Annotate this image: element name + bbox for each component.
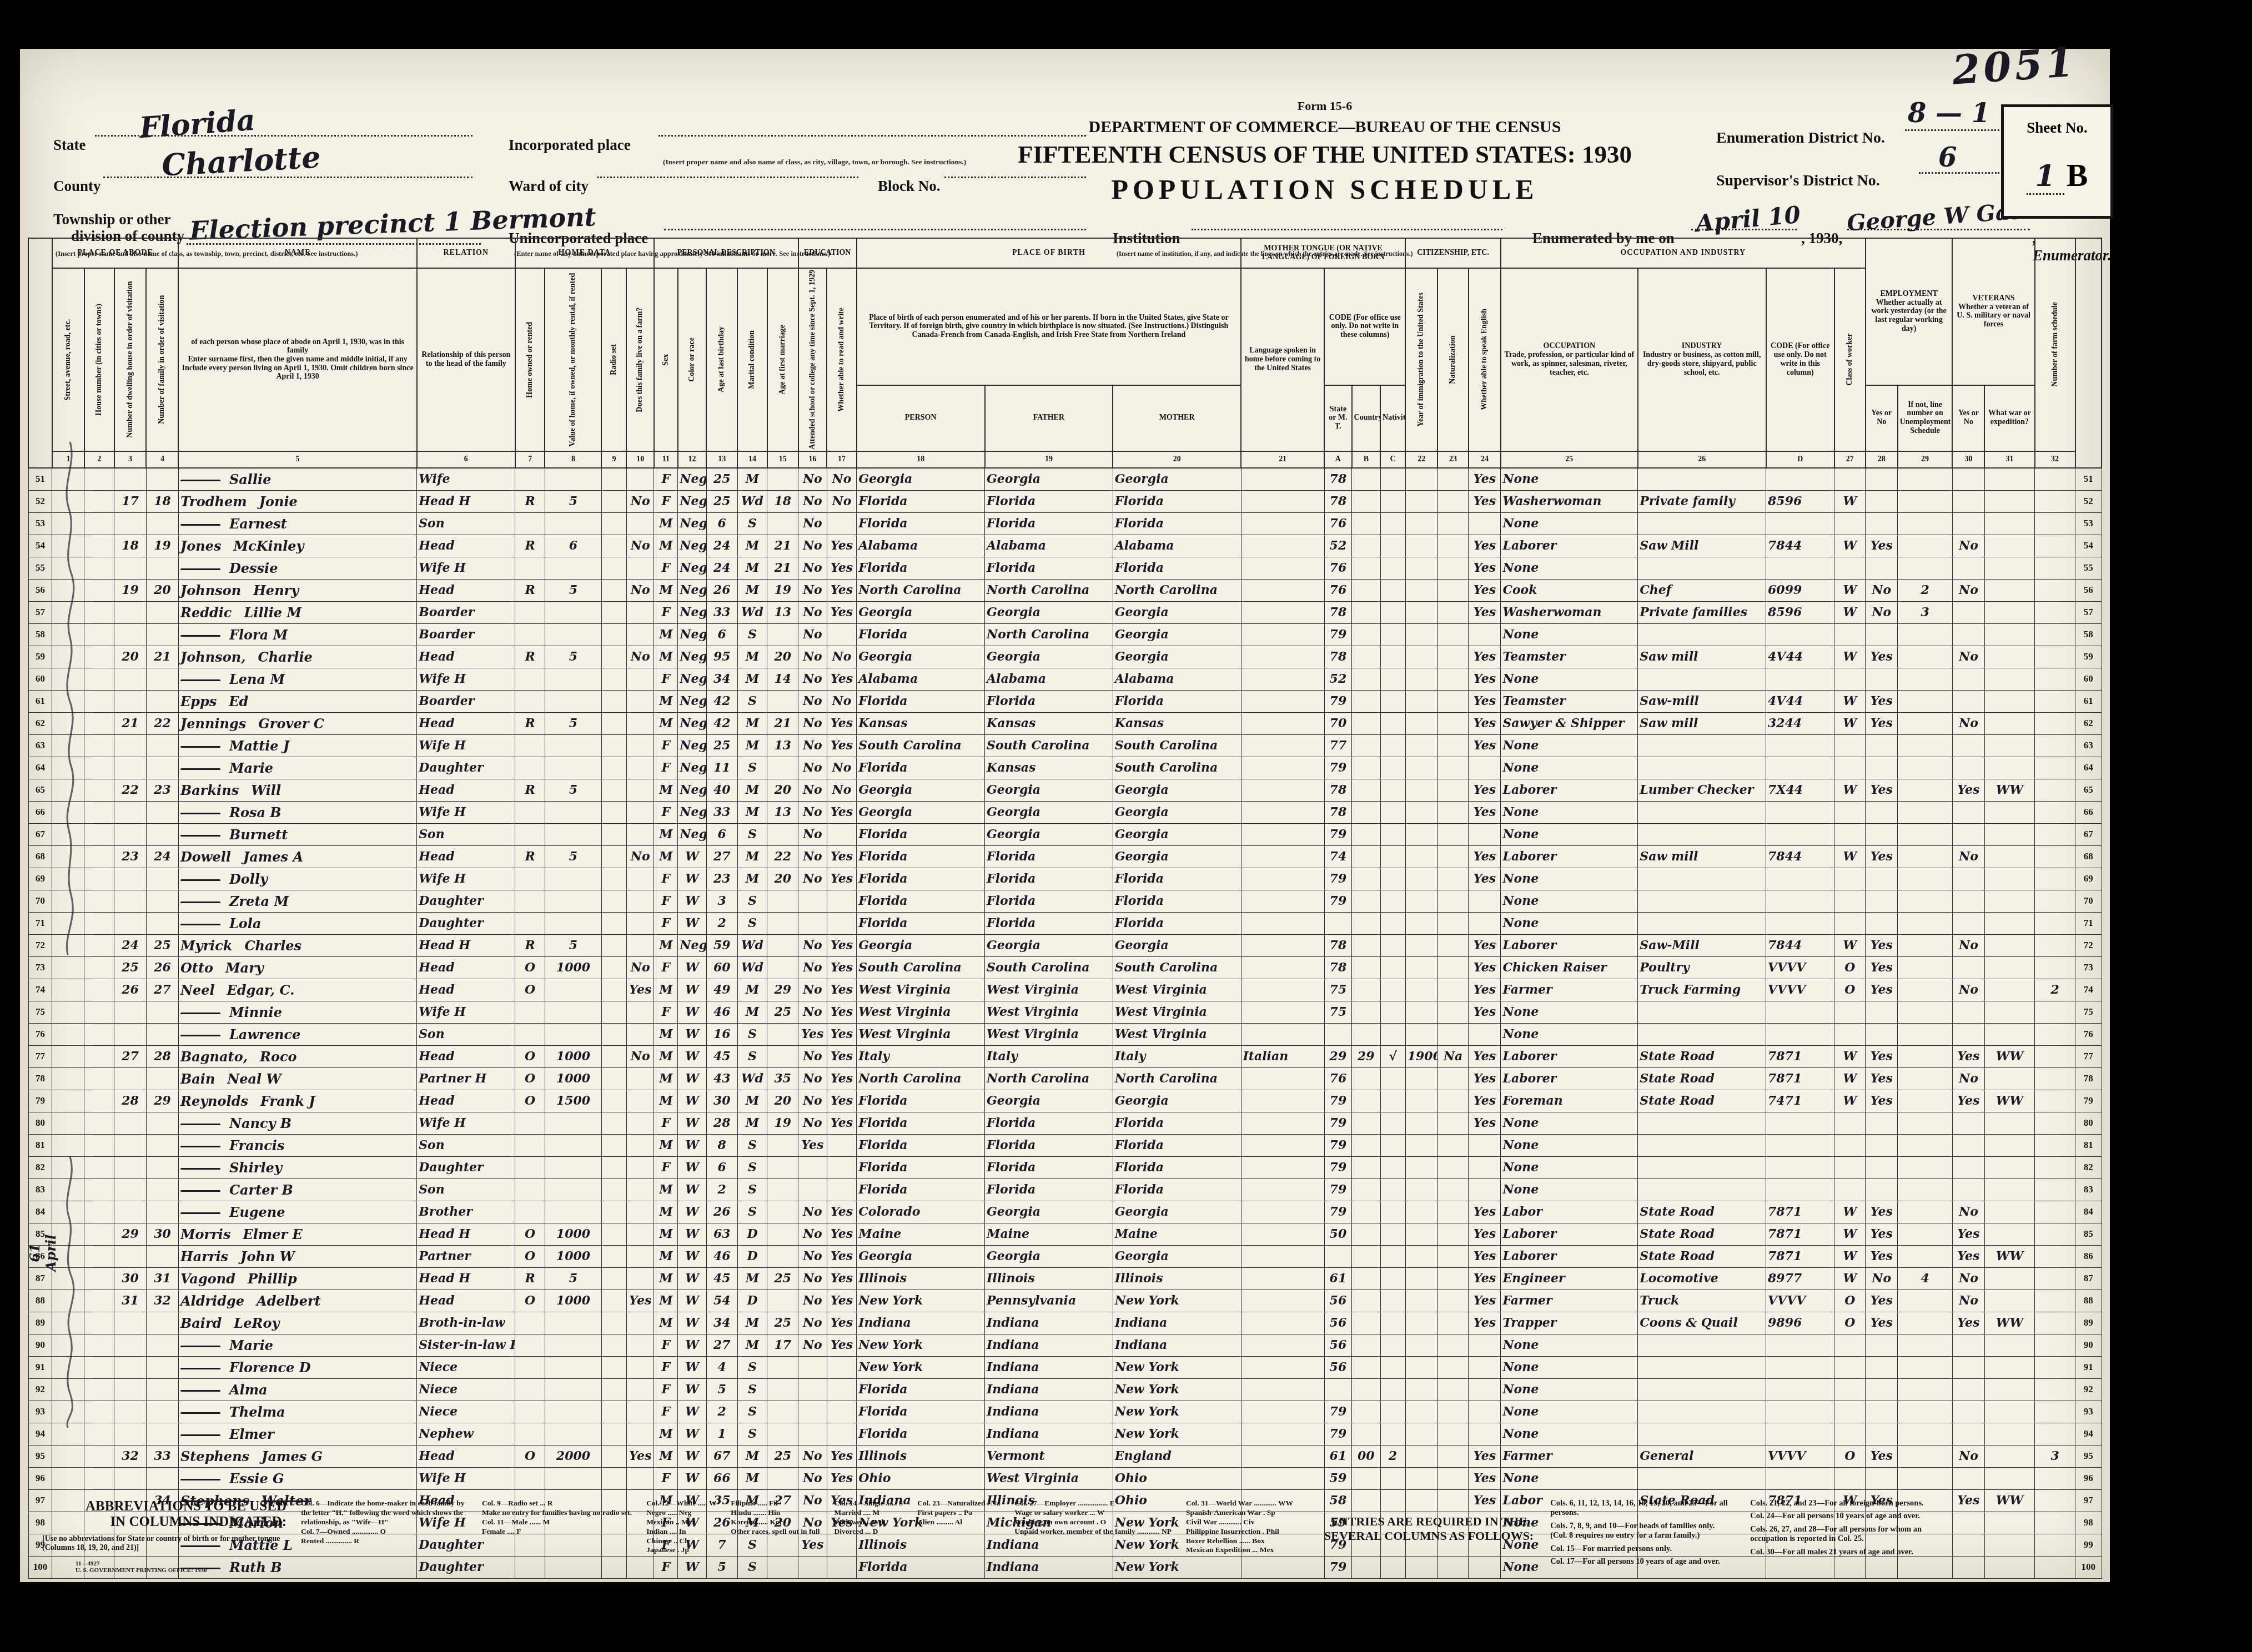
cell-code: 8596 — [1766, 490, 1834, 512]
cell-line: 65 — [28, 779, 52, 801]
cell-ind: Private family — [1638, 490, 1766, 512]
cell-nat — [1437, 1378, 1469, 1401]
cell-rel: Broth-in-law — [417, 1312, 515, 1334]
cell-cls — [1834, 734, 1866, 757]
cell-cc — [1380, 468, 1405, 491]
cell-ca: 78 — [1324, 801, 1351, 823]
cell-ind: State Road — [1638, 1245, 1766, 1267]
cell-code: VVVV — [1766, 979, 1834, 1001]
cell-name: Eugene — [178, 1201, 416, 1223]
cell-cc — [1380, 1267, 1405, 1290]
cell-occ: None — [1501, 512, 1638, 535]
cell-bf: Kansas — [985, 757, 1113, 779]
cell-occ: Farmer — [1501, 1445, 1638, 1467]
cell-mar: M — [737, 646, 767, 668]
cell-name: Shirley — [178, 1156, 416, 1178]
column-header: C — [1380, 451, 1405, 468]
cell-bf: Georgia — [985, 934, 1113, 956]
cell-line: 87 — [2075, 1267, 2102, 1290]
cell-lang — [1241, 1312, 1324, 1334]
cell-lang — [1241, 868, 1324, 890]
census-row-line-58: 58Flora MBoarderMNeg6SNoFloridaNorth Car… — [28, 623, 2102, 646]
abbrev-note: [Use no abbreviations for State or count… — [42, 1535, 281, 1553]
cell-own: O — [515, 1245, 545, 1267]
cell-occ: None — [1501, 912, 1638, 934]
cell-line: 55 — [28, 557, 52, 579]
cell-sex: F — [654, 1112, 678, 1134]
cell-ca: 52 — [1324, 668, 1351, 690]
cell-name: Alma — [178, 1378, 416, 1401]
cell-cls — [1834, 623, 1866, 646]
cell-farm — [626, 890, 654, 912]
cell-rw: Yes — [827, 956, 857, 979]
cell-occ: Laborer — [1501, 1245, 1638, 1267]
cell-cls — [1834, 1112, 1866, 1134]
cell-farm: No — [626, 845, 654, 868]
cell-bp: Georgia — [857, 934, 985, 956]
census-row-line-57: 57ReddicLillie MBoarderFNeg33Wd13NoYesGe… — [28, 601, 2102, 623]
census-row-line-53: 53EarnestSonMNeg6SNoFloridaFloridaFlorid… — [28, 512, 2102, 535]
cell-rel: Wife H — [417, 1112, 515, 1134]
cell-bf: Florida — [985, 1178, 1113, 1201]
cell-fsch — [2035, 757, 2075, 779]
cell-cc — [1380, 690, 1405, 712]
cell-line: 56 — [28, 579, 52, 601]
cell-bf: Florida — [985, 690, 1113, 712]
abbrev-block: Col. 12—White ..... W Negro ..... Neg Me… — [646, 1499, 716, 1574]
cell-cc — [1380, 712, 1405, 734]
cell-rel: Head — [417, 1290, 515, 1312]
cell-name: Rosa B — [178, 801, 416, 823]
cell-radio — [601, 1067, 626, 1090]
cell-nat — [1437, 1312, 1469, 1334]
cell-line: 61 — [28, 690, 52, 712]
cell-farm: Yes — [626, 1290, 654, 1312]
cell-cc — [1380, 623, 1405, 646]
cell-sex: M — [654, 1023, 678, 1045]
cell-code: 4V44 — [1766, 646, 1834, 668]
cell-line: 54 — [2075, 535, 2102, 557]
cell-age: 2 — [706, 912, 737, 934]
cell-lang: Italian — [1241, 1045, 1324, 1067]
cell-cb — [1352, 734, 1381, 757]
table-body: 51SallieWifeFNeg25MNoNoGeorgiaGeorgiaGeo… — [28, 468, 2102, 1579]
cell-ind: State Road — [1638, 1045, 1766, 1067]
cell-emp: Yes — [1866, 1201, 1898, 1223]
cell-ca: 76 — [1324, 579, 1351, 601]
cell-lang — [1241, 823, 1324, 845]
cell-cc — [1380, 934, 1405, 956]
cell-mar: Wd — [737, 1067, 767, 1090]
cell-ca: 78 — [1324, 934, 1351, 956]
cell-bp: Florida — [857, 1401, 985, 1423]
cell-lang — [1241, 623, 1324, 646]
cell-race: Neg — [678, 779, 707, 801]
cell-sch: No — [798, 979, 827, 1001]
cell-house — [84, 1045, 114, 1067]
cell-nat — [1437, 1223, 1469, 1245]
cell-radio — [601, 1356, 626, 1378]
cell-bp: South Carolina — [857, 956, 985, 979]
cell-dw — [114, 1178, 147, 1201]
cell-house — [84, 801, 114, 823]
cell-bm: Florida — [1113, 868, 1241, 890]
col-industry: INDUSTRYIndustry or business, as cotton … — [1638, 268, 1766, 451]
cell-bp: Florida — [857, 1090, 985, 1112]
cell-cc — [1380, 512, 1405, 535]
cell-cb — [1352, 646, 1381, 668]
cell-sex: M — [654, 1134, 678, 1156]
cell-lang — [1241, 535, 1324, 557]
cell-code — [1766, 1356, 1834, 1378]
cell-farm — [626, 1112, 654, 1134]
cell-radio — [601, 512, 626, 535]
enum-date-value: April 10 — [1695, 201, 1802, 237]
cell-street — [52, 1467, 84, 1489]
census-row-line-64: 64MarieDaughterFNeg11SNoNoFloridaKansasS… — [28, 757, 2102, 779]
cell-imm — [1405, 1401, 1437, 1423]
cell-ca: 76 — [1324, 1067, 1351, 1090]
cell-emp — [1866, 823, 1898, 845]
cell-rw: Yes — [827, 734, 857, 757]
cell-empl — [1898, 1156, 1953, 1178]
cell-bp: Georgia — [857, 801, 985, 823]
cell-name: Nancy B — [178, 1112, 416, 1134]
cell-rw — [827, 912, 857, 934]
cell-nat — [1437, 1245, 1469, 1267]
cell-cc — [1380, 1334, 1405, 1356]
cell-street — [52, 956, 84, 979]
cell-farm: No — [626, 956, 654, 979]
cell-fam — [146, 468, 178, 491]
cell-house — [84, 1178, 114, 1201]
cell-radio — [601, 734, 626, 757]
cell-age: 23 — [706, 868, 737, 890]
cell-street — [52, 1023, 84, 1045]
cell-war — [1984, 1201, 2034, 1223]
cell-rel: Head — [417, 535, 515, 557]
cell-ind: Truck — [1638, 1290, 1766, 1312]
cell-own: R — [515, 535, 545, 557]
cell-eng: Yes — [1469, 1001, 1501, 1023]
cell-vet — [1952, 1378, 1984, 1401]
cell-nat — [1437, 757, 1469, 779]
cell-code — [1766, 823, 1834, 845]
cell-cc — [1380, 823, 1405, 845]
column-header: 31 — [1984, 451, 2034, 468]
census-row-line-61: 61EppsEdBoarderMNeg42SNoNoFloridaFlorida… — [28, 690, 2102, 712]
cell-cls — [1834, 512, 1866, 535]
cell-fam — [146, 801, 178, 823]
cell-farm — [626, 1134, 654, 1156]
cell-line: 71 — [2075, 912, 2102, 934]
cell-line: 86 — [2075, 1245, 2102, 1267]
cell-val — [545, 1134, 601, 1156]
cell-imm — [1405, 979, 1437, 1001]
cell-line: 83 — [2075, 1178, 2102, 1201]
cell-fsch — [2035, 668, 2075, 690]
form-title-block: Form 15-6 DEPARTMENT OF COMMERCE—BUREAU … — [964, 99, 1686, 205]
cell-fsch — [2035, 1134, 2075, 1156]
cell-bm: New York — [1113, 1356, 1241, 1378]
form-number: Form 15-6 — [964, 99, 1686, 113]
column-header: 25 — [1501, 451, 1638, 468]
cell-bp: Florida — [857, 912, 985, 934]
cell-cls: O — [1834, 1312, 1866, 1334]
county-underline — [103, 177, 472, 178]
cell-nat — [1437, 1201, 1469, 1223]
cell-line: 71 — [28, 912, 52, 934]
cell-empl — [1898, 845, 1953, 868]
col-age-married: Age at first marriage — [767, 268, 798, 451]
cell-mar: Wd — [737, 956, 767, 979]
cell-ca: 79 — [1324, 823, 1351, 845]
cell-ind — [1638, 1112, 1766, 1134]
cell-nat — [1437, 734, 1469, 757]
cell-dw — [114, 468, 147, 491]
cell-line: 56 — [2075, 579, 2102, 601]
cell-cc — [1380, 1156, 1405, 1178]
cell-line: 73 — [28, 956, 52, 979]
cell-sch: No — [798, 646, 827, 668]
cell-line: 78 — [2075, 1067, 2102, 1090]
cell-mar: D — [737, 1223, 767, 1245]
cell-cc — [1380, 1378, 1405, 1401]
cell-val — [545, 1312, 601, 1334]
cell-fam — [146, 623, 178, 646]
cell-sch: Yes — [798, 1023, 827, 1045]
cell-am: 35 — [767, 1067, 798, 1090]
cell-war — [1984, 712, 2034, 734]
cell-cc — [1380, 890, 1405, 912]
ward-label: Ward of city — [509, 178, 589, 195]
cell-vet — [1952, 1334, 1984, 1356]
cell-dw — [114, 890, 147, 912]
column-header: 14 — [737, 451, 767, 468]
census-row-line-89: 89BairdLeRoyBroth-in-lawMW34M25NoYesIndi… — [28, 1312, 2102, 1334]
gpo-line: U. S. GOVERNMENT PRINTING OFFICE: 1930 — [76, 1567, 286, 1574]
cell-cls: W — [1834, 690, 1866, 712]
cell-bf: South Carolina — [985, 734, 1113, 757]
block-underline — [944, 177, 1086, 178]
cell-eng — [1469, 1334, 1501, 1356]
cell-sch: No — [798, 734, 827, 757]
cell-rw — [827, 890, 857, 912]
cell-rel: Head — [417, 979, 515, 1001]
cell-emp: No — [1866, 1267, 1898, 1290]
cell-cb — [1352, 823, 1381, 845]
cell-occ: None — [1501, 1134, 1638, 1156]
cell-bf: North Carolina — [985, 1067, 1113, 1090]
cell-emp — [1866, 1023, 1898, 1045]
cell-line: 51 — [28, 468, 52, 491]
cell-cls — [1834, 1023, 1866, 1045]
cell-sex: M — [654, 1090, 678, 1112]
sd-label: Supervisor's District No. — [1716, 172, 1880, 190]
cell-dw — [114, 1001, 147, 1023]
cell-emp — [1866, 668, 1898, 690]
cell-rw: Yes — [827, 1223, 857, 1245]
cell-vet — [1952, 601, 1984, 623]
cell-rw: Yes — [827, 535, 857, 557]
cell-imm — [1405, 1067, 1437, 1090]
cell-race: W — [678, 1223, 707, 1245]
cell-occ: Laborer — [1501, 535, 1638, 557]
column-header: 27 — [1834, 451, 1866, 468]
cell-war — [1984, 979, 2034, 1001]
cell-eng: Yes — [1469, 1312, 1501, 1334]
cell-name: AldridgeAdelbert — [178, 1290, 416, 1312]
cell-own: O — [515, 1445, 545, 1467]
cell-empl — [1898, 1290, 1953, 1312]
cell-code: 7871 — [1766, 1245, 1834, 1267]
cell-rel: Head — [417, 646, 515, 668]
cell-name: Elmer — [178, 1423, 416, 1445]
cell-rel: Head H — [417, 490, 515, 512]
cell-nat — [1437, 1001, 1469, 1023]
column-header: D — [1766, 451, 1834, 468]
abbrev-blocks: Col. 6—Indicate the home-maker in each f… — [301, 1499, 1293, 1574]
cell-ca: 79 — [1324, 1156, 1351, 1178]
cell-empl — [1898, 823, 1953, 845]
cell-own: O — [515, 1067, 545, 1090]
cell-line: 66 — [2075, 801, 2102, 823]
cell-fsch — [2035, 734, 2075, 757]
cell-occ: Farmer — [1501, 979, 1638, 1001]
cell-fam — [146, 734, 178, 757]
abbrev-title-1: ABBREVIATIONS TO BE USED — [42, 1499, 286, 1514]
cell-line: 91 — [28, 1356, 52, 1378]
cell-war — [1984, 823, 2034, 845]
cell-name: JenningsGrover C — [178, 712, 416, 734]
cell-house — [84, 734, 114, 757]
cell-imm — [1405, 823, 1437, 845]
cell-cls — [1834, 668, 1866, 690]
census-row-line-85: 852930MorrisElmer EHead HO1000MW63DNoYes… — [28, 1223, 2102, 1245]
census-row-line-77: 772728Bagnato,RocoHeadO1000NoMW45SNoYesI… — [28, 1045, 2102, 1067]
cell-nat — [1437, 979, 1469, 1001]
cell-house — [84, 690, 114, 712]
cell-dw — [114, 1156, 147, 1178]
cell-vet: No — [1952, 979, 1984, 1001]
cell-nat — [1437, 1401, 1469, 1423]
cell-empl — [1898, 1245, 1953, 1267]
cell-fsch — [2035, 601, 2075, 623]
col-read-write: Whether able to read and write — [827, 268, 857, 451]
census-row-line-52: 521718TrodhemJonieHead HR5NoFNeg25Wd18No… — [28, 490, 2102, 512]
cell-dw — [114, 823, 147, 845]
cell-mar: M — [737, 868, 767, 890]
cell-fsch — [2035, 1312, 2075, 1334]
cell-rw: Yes — [827, 1023, 857, 1045]
cell-line: 62 — [2075, 712, 2102, 734]
cell-cb — [1352, 757, 1381, 779]
cell-am: 25 — [767, 1445, 798, 1467]
cell-war — [1984, 1356, 2034, 1378]
cell-vet: Yes — [1952, 1090, 1984, 1112]
cell-am: 25 — [767, 1312, 798, 1334]
cell-line: 52 — [2075, 490, 2102, 512]
cell-own: O — [515, 1290, 545, 1312]
cell-farm — [626, 1423, 654, 1445]
cell-own — [515, 1134, 545, 1156]
cell-dw: 17 — [114, 490, 147, 512]
cell-war: WW — [1984, 1312, 2034, 1334]
cell-eng: Yes — [1469, 712, 1501, 734]
cell-bm: Georgia — [1113, 845, 1241, 868]
cell-fsch — [2035, 512, 2075, 535]
cell-ca: 78 — [1324, 779, 1351, 801]
cell-sex: M — [654, 1223, 678, 1245]
cell-vet: Yes — [1952, 1045, 1984, 1067]
cell-dw — [114, 1467, 147, 1489]
cell-sch: No — [798, 1334, 827, 1356]
census-row-line-94: 94ElmerNephewMW1SFloridaIndianaNew York7… — [28, 1423, 2102, 1445]
cell-line: 53 — [2075, 512, 2102, 535]
cell-bm: Illinois — [1113, 1267, 1241, 1290]
cell-radio — [601, 1334, 626, 1356]
cell-sch: No — [798, 1445, 827, 1467]
cell-bm: New York — [1113, 1423, 1241, 1445]
cell-lang — [1241, 934, 1324, 956]
cell-cb — [1352, 1090, 1381, 1112]
cell-imm — [1405, 734, 1437, 757]
cell-sch: No — [798, 1067, 827, 1090]
cell-code: VVVV — [1766, 1290, 1834, 1312]
cell-own — [515, 1001, 545, 1023]
continuation-dash — [180, 768, 220, 770]
cell-bp: Alabama — [857, 668, 985, 690]
cell-code: 8596 — [1766, 601, 1834, 623]
cell-radio — [601, 1312, 626, 1334]
cell-occ: Washerwoman — [1501, 601, 1638, 623]
cell-rel: Brother — [417, 1201, 515, 1223]
cell-mar: M — [737, 1467, 767, 1489]
cell-cb: 29 — [1352, 1045, 1381, 1067]
cell-war — [1984, 579, 2034, 601]
abbrev-block: Col. 6—Indicate the home-maker in each f… — [301, 1499, 468, 1574]
cell-name: BairdLeRoy — [178, 1312, 416, 1334]
cell-cls — [1834, 912, 1866, 934]
cell-bf: Kansas — [985, 712, 1113, 734]
cell-bf: Alabama — [985, 535, 1113, 557]
cell-lang — [1241, 1267, 1324, 1290]
census-row-line-71: 71LolaDaughterFW2SFloridaFloridaFloridaN… — [28, 912, 2102, 934]
cell-code: 7X44 — [1766, 779, 1834, 801]
cell-war — [1984, 468, 2034, 491]
cell-am — [767, 690, 798, 712]
column-header: B — [1352, 451, 1381, 468]
cell-empl — [1898, 712, 1953, 734]
cell-sex: F — [654, 1467, 678, 1489]
column-header: 32 — [2035, 451, 2075, 468]
col-farm-schedule: Number of farm schedule — [2035, 238, 2075, 451]
cell-rel: Wife H — [417, 1001, 515, 1023]
cell-cls: O — [1834, 979, 1866, 1001]
cell-sch — [798, 1378, 827, 1401]
cell-cb — [1352, 1356, 1381, 1378]
col-age: Age at last birthday — [706, 268, 737, 451]
cell-eng: Yes — [1469, 779, 1501, 801]
cell-cb — [1352, 1201, 1381, 1223]
cell-age: 95 — [706, 646, 737, 668]
cell-ind — [1638, 1134, 1766, 1156]
cell-fsch — [2035, 490, 2075, 512]
cell-imm — [1405, 757, 1437, 779]
cell-lang — [1241, 1001, 1324, 1023]
cell-own — [515, 868, 545, 890]
cell-farm: Yes — [626, 979, 654, 1001]
